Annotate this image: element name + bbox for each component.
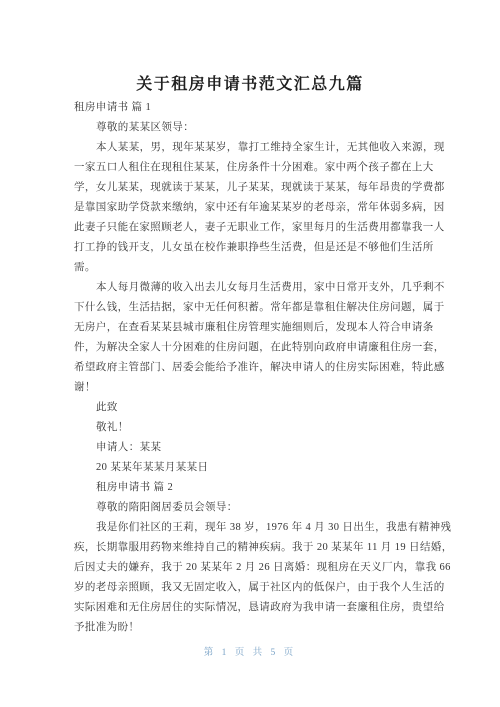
text-line: 一家五口人租住在现租住某某，住房条件十分困难。家中两个孩子都在上大 bbox=[74, 158, 440, 178]
text-line: 后因丈夫的嫌弃，我于 20 某某年 2 月 26 日离婚：现租房在天义厂内，靠我… bbox=[74, 558, 440, 578]
text-line: 疾，长期靠服用药物来维持自己的精神疾病。我于 20 某某年 11 月 19 日结… bbox=[74, 538, 440, 558]
text-line: 希望政府主管部门、居委会能给予准许，解决申请人的住房实际困难，特此感 bbox=[74, 358, 440, 378]
document-body: 租房申请书 篇 1尊敬的某某区领导：本人某某，男，现年某某岁，靠打工维持全家生计… bbox=[74, 98, 440, 638]
page-title: 关于租房申请书范文汇总九篇 bbox=[0, 71, 500, 94]
text-line: 谢！ bbox=[74, 378, 440, 398]
document-page: 关于租房申请书范文汇总九篇 租房申请书 篇 1尊敬的某某区领导：本人某某，男，现… bbox=[0, 0, 500, 707]
text-line: 下什么钱，生活拮据，家中无任何积蓄。常年都是靠租住解决住房问题，属于 bbox=[74, 298, 440, 318]
text-line: 申请人：某某 bbox=[74, 438, 440, 458]
text-line: 打工挣的钱开支，儿女虽在校作兼职挣些生活费，但是还是不够他们生活所 bbox=[74, 238, 440, 258]
text-line: 此妻子只能在家照顾老人，妻子无职业工作，家里每月的生活费用都靠我一人 bbox=[74, 218, 440, 238]
text-line: 本人某某，男，现年某某岁，靠打工维持全家生计，无其他收入来源，现 bbox=[74, 138, 440, 158]
text-line: 件，为解决全家人十分困难的住房问题，在此特别向政府申请廉租住房一套， bbox=[74, 338, 440, 358]
text-line: 尊敬的某某区领导： bbox=[74, 118, 440, 138]
text-line: 岁的老母亲照顾，我又无固定收入，属于社区内的低保户，由于我个人生活的 bbox=[74, 578, 440, 598]
text-line: 我是你们社区的王莉，现年 38 岁，1976 年 4 月 30 日出生，我患有精… bbox=[74, 518, 440, 538]
text-line: 本人每月微薄的收入出去儿女每月生活费用，家中日常开支外，几乎剩不 bbox=[74, 278, 440, 298]
text-line: 实际困难和无住房居住的实际情况，恳请政府为我申请一套廉租住房，贵望给 bbox=[74, 598, 440, 618]
text-line: 租房申请书 篇 2 bbox=[74, 478, 440, 498]
text-line: 无房户，在查看某某县城市廉租住房管理实施细则后，发现本人符合申请条 bbox=[74, 318, 440, 338]
text-line: 租房申请书 篇 1 bbox=[74, 98, 440, 118]
text-line: 需。 bbox=[74, 258, 440, 278]
text-line: 20 某某年某某月某某日 bbox=[74, 458, 440, 478]
text-line: 予批准为盼！ bbox=[74, 618, 440, 638]
text-line: 此致 bbox=[74, 398, 440, 418]
text-line: 是靠国家助学贷款来缴纳，家中还有年逾某某岁的老母亲，常年体弱多病，因 bbox=[74, 198, 440, 218]
text-line: 敬礼！ bbox=[74, 418, 440, 438]
text-line: 学，女儿某某，现就读于某某，儿子某某，现就读于某某，每年昂贵的学费都 bbox=[74, 178, 440, 198]
pagination-footer: 第 1 页 共 5 页 bbox=[0, 644, 500, 658]
text-line: 尊敬的隋阳阁居委员会领导： bbox=[74, 498, 440, 518]
